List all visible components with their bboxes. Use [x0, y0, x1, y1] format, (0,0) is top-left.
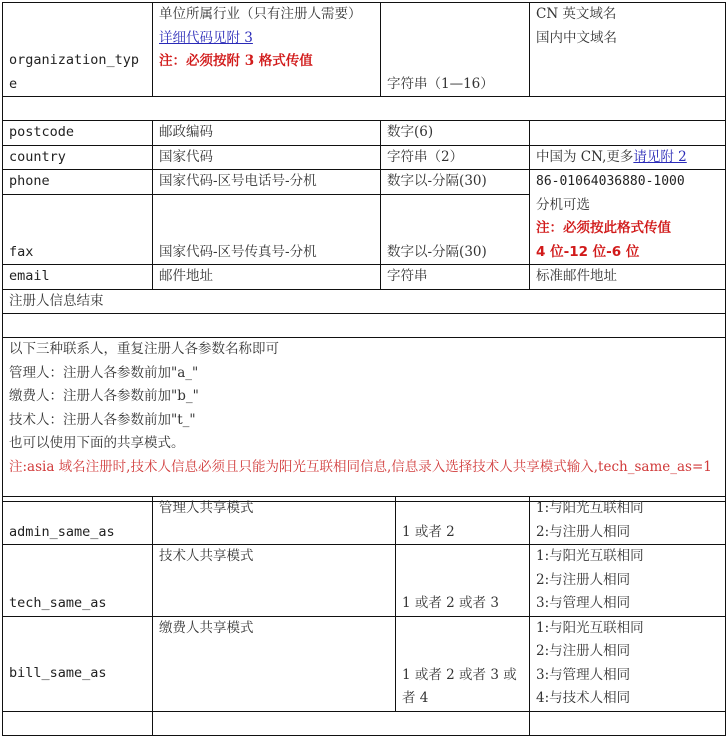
- field-values: 1 或者 2: [396, 497, 530, 545]
- field-name: admin_same_as: [3, 497, 153, 545]
- remark-line: 国内中文域名: [536, 27, 719, 51]
- table-row-bill-same-as: bill_same_as 缴费人共享模式 1 或者 2 或者 3 或者 4 1:…: [3, 616, 726, 711]
- table-row-tech-same-as: tech_same_as 技术人共享模式 1 或者 2 或者 3 1:与阳光互联…: [3, 545, 726, 617]
- option: 2:与注册人相同: [536, 521, 719, 545]
- field-remark: 标准邮件地址: [530, 265, 726, 290]
- same-as-table: admin_same_as 管理人共享模式 1 或者 2 1:与阳光互联相同 2…: [2, 496, 726, 736]
- field-options: 1:与阳光互联相同 2:与注册人相同: [530, 497, 726, 545]
- option: 1:与阳光互联相同: [536, 497, 719, 521]
- registrant-end-text: 注册人信息结束: [3, 289, 726, 314]
- registrant-params-table: organization_type 单位所属行业（只有注册人需要） 详细代码见附…: [2, 2, 726, 502]
- field-remark: 中国为 CN,更多请见附 2: [530, 145, 726, 170]
- field-description: 国家代码-区号电话号-分机: [153, 170, 381, 195]
- registrant-end-row: 注册人信息结束: [3, 289, 726, 314]
- format-note: 注：必须按此格式传值: [536, 217, 719, 241]
- phone-example: 86-01064036880-1000: [536, 170, 719, 194]
- field-name: fax: [3, 194, 153, 264]
- empty-row: [3, 711, 726, 735]
- info-line: 以下三种联系人，重复注册人各参数名称即可: [9, 338, 719, 362]
- field-remark: [530, 121, 726, 146]
- option: 1:与阳光互联相同: [536, 617, 719, 641]
- field-name: organization_type: [3, 3, 153, 97]
- contacts-info-row: 以下三种联系人，重复注册人各参数名称即可 管理人：注册人各参数前加"a_" 缴费…: [3, 338, 726, 502]
- option: 2:与注册人相同: [536, 640, 719, 664]
- field-name: postcode: [3, 121, 153, 146]
- table-row-country: country 国家代码 字符串（2） 中国为 CN,更多请见附 2: [3, 145, 726, 170]
- field-options: 1:与阳光互联相同 2:与注册人相同 3:与管理人相同: [530, 545, 726, 617]
- field-name: bill_same_as: [3, 616, 153, 711]
- table-row-organization-type: organization_type 单位所属行业（只有注册人需要） 详细代码见附…: [3, 3, 726, 97]
- field-description: 国家代码-区号传真号-分机: [153, 194, 381, 264]
- description-text: 单位所属行业（只有注册人需要）: [159, 3, 374, 27]
- field-name: phone: [3, 170, 153, 195]
- info-line: 缴费人：注册人各参数前加"b_": [9, 385, 719, 409]
- contacts-info: 以下三种联系人，重复注册人各参数名称即可 管理人：注册人各参数前加"a_" 缴费…: [3, 338, 726, 502]
- remark-text: 中国为 CN,更多: [536, 149, 633, 165]
- option: 2:与注册人相同: [536, 569, 719, 593]
- table-row-admin-same-as: admin_same_as 管理人共享模式 1 或者 2 1:与阳光互联相同 2…: [3, 497, 726, 545]
- phone-fax-remark: 86-01064036880-1000 分机可选 注：必须按此格式传值 4 位-…: [530, 170, 726, 265]
- field-type: 数字以-分隔(30): [381, 170, 530, 195]
- field-name: country: [3, 145, 153, 170]
- field-values: 1 或者 2 或者 3 或者 4: [396, 616, 530, 711]
- table-row-email: email 邮件地址 字符串 标准邮件地址: [3, 265, 726, 290]
- field-type: 字符串（2）: [381, 145, 530, 170]
- empty-row: [3, 314, 726, 338]
- field-name: email: [3, 265, 153, 290]
- format-spec: 4 位-12 位-6 位: [536, 241, 719, 265]
- option: 1:与阳光互联相同: [536, 545, 719, 569]
- option: 3:与管理人相同: [536, 592, 719, 616]
- remark-line: CN 英文域名: [536, 3, 719, 27]
- option: 4:与技术人相同: [536, 687, 719, 711]
- field-description: 管理人共享模式: [153, 497, 396, 545]
- appendix-3-link[interactable]: 详细代码见附 3: [159, 30, 253, 46]
- field-values: 1 或者 2 或者 3: [396, 545, 530, 617]
- field-description: 邮件地址: [153, 265, 381, 290]
- field-description: 国家代码: [153, 145, 381, 170]
- info-line: 也可以使用下面的共享模式。: [9, 432, 719, 456]
- field-options: 1:与阳光互联相同 2:与注册人相同 3:与管理人相同 4:与技术人相同: [530, 616, 726, 711]
- field-remark: CN 英文域名 国内中文域名: [530, 3, 726, 97]
- field-name: tech_same_as: [3, 545, 153, 617]
- appendix-2-link[interactable]: 请见附 2: [633, 149, 686, 165]
- info-line: 管理人：注册人各参数前加"a_": [9, 362, 719, 386]
- field-description: 邮政编码: [153, 121, 381, 146]
- field-description: 技术人共享模式: [153, 545, 396, 617]
- info-line: 技术人：注册人各参数前加"t_": [9, 409, 719, 433]
- field-description: 单位所属行业（只有注册人需要） 详细代码见附 3 注：必须按附 3 格式传值: [153, 3, 381, 97]
- asia-note: 注:asia 域名注册时,技术人信息必须且只能为阳光互联相同信息,信息录入选择技…: [9, 456, 719, 480]
- field-type: 字符串（1—16）: [381, 3, 530, 97]
- format-note: 注：必须按附 3 格式传值: [159, 50, 374, 74]
- option: 3:与管理人相同: [536, 664, 719, 688]
- field-type: 数字以-分隔(30): [381, 194, 530, 264]
- empty-row: [3, 97, 726, 121]
- table-row-phone: phone 国家代码-区号电话号-分机 数字以-分隔(30) 86-010640…: [3, 170, 726, 195]
- field-type: 数字(6): [381, 121, 530, 146]
- field-description: 缴费人共享模式: [153, 616, 396, 711]
- field-type: 字符串: [381, 265, 530, 290]
- extension-optional: 分机可选: [536, 194, 719, 218]
- table-row-postcode: postcode 邮政编码 数字(6): [3, 121, 726, 146]
